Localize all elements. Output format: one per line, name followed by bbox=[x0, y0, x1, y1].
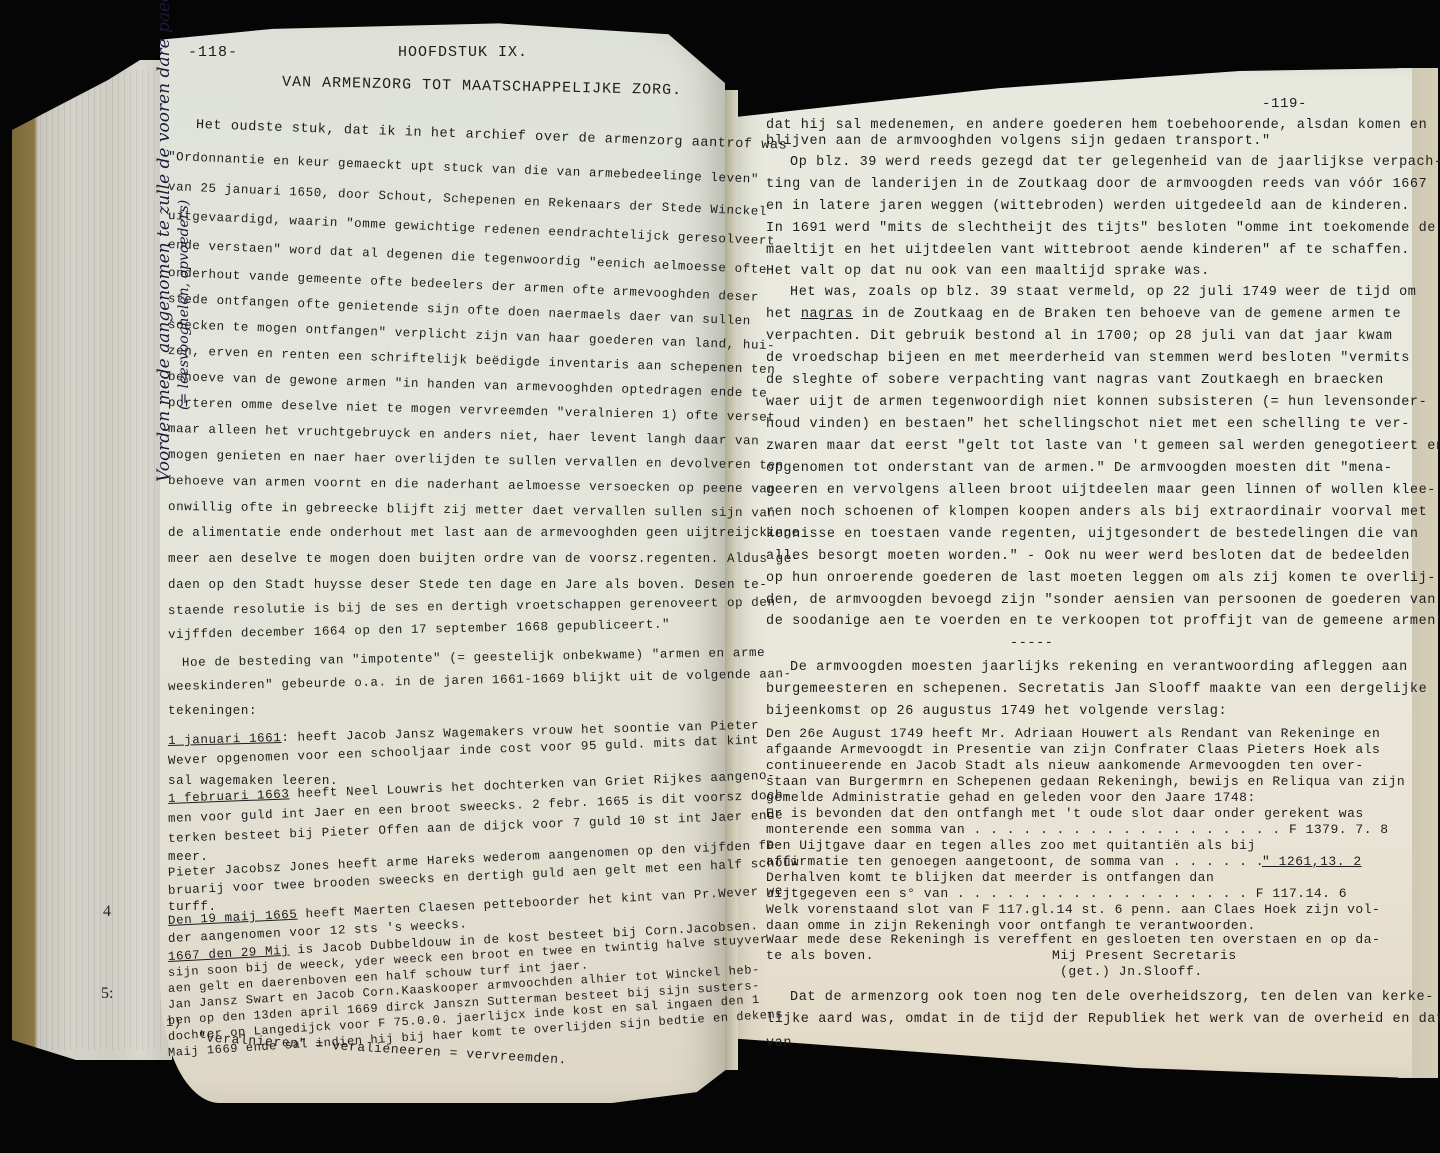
margin-number: 4 bbox=[103, 903, 111, 921]
margin-number: 5: bbox=[101, 985, 113, 1003]
handwritten-margin-note: Voorden mede aangenomen te zulle de voor… bbox=[154, 0, 174, 482]
chapter-heading: HOOFDSTUK IX. bbox=[398, 44, 528, 61]
handwritten-margin-note: (= leesvooghelen, opvoeders) bbox=[176, 200, 192, 410]
page-number: -119- bbox=[1262, 96, 1307, 112]
underlined-amount: " 1261,13. 2 bbox=[1262, 854, 1362, 869]
amount-line: monterende een somma van . . . . . . . .… bbox=[766, 822, 1389, 837]
entry-date: 1 januari 1661 bbox=[168, 731, 282, 748]
page-number: -118- bbox=[188, 44, 238, 61]
underlined-term: nagras bbox=[801, 307, 853, 322]
amount-line: uijtgegeven een s° van . . . . . . . . .… bbox=[766, 886, 1347, 901]
section-separator: ----- bbox=[1010, 636, 1054, 651]
footnote-marker: 1) bbox=[166, 1016, 182, 1030]
